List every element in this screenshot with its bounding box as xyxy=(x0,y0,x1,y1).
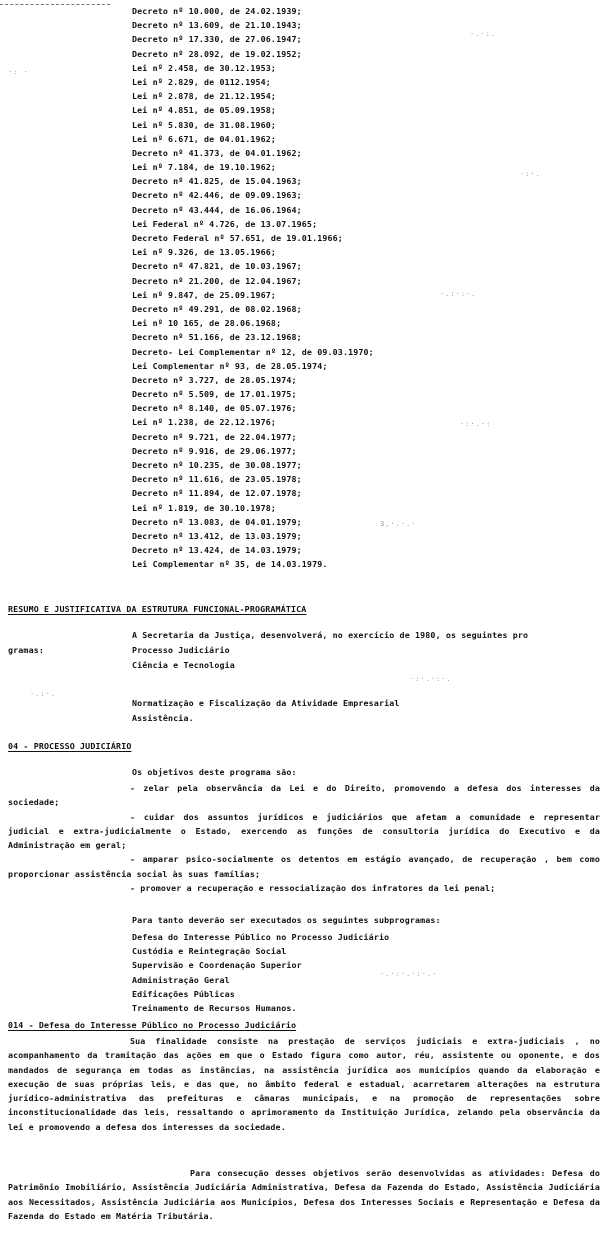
scan-noise: ·:·.·: xyxy=(460,420,491,428)
legislation-list: Decreto nº 10.000, de 24.02.1939;Decreto… xyxy=(132,4,374,572)
objective-item: - zelar pela observância da Lei e do Dir… xyxy=(8,781,600,810)
scan-noise: ·.·:. xyxy=(470,30,496,38)
section-014-paragraph-2: Para consecução desses objetivos serão d… xyxy=(8,1166,600,1223)
legislation-item: Lei nº 1.819, de 30.10.1978; xyxy=(132,501,374,515)
legislation-item: Decreto- Lei Complementar nº 12, de 09.0… xyxy=(132,345,374,359)
legislation-item: Lei nº 2.829, de 0112.1954; xyxy=(132,75,374,89)
legislation-item: Decreto nº 13.412, de 13.03.1979; xyxy=(132,529,374,543)
legislation-item: Lei nº 9.847, de 25.09.1967; xyxy=(132,288,374,302)
section-014-paragraph-1: Sua finalidade consiste na prestação de … xyxy=(8,1034,600,1134)
program-item: Ciência e Tecnologia xyxy=(132,660,235,670)
objective-item: - amparar psico-socialmente os detentos … xyxy=(8,852,600,881)
legislation-item: Decreto nº 11.616, de 23.05.1978; xyxy=(132,472,374,486)
program-item: Assistência. xyxy=(132,713,194,723)
legislation-item: Lei nº 2.878, de 21.12.1954; xyxy=(132,89,374,103)
legislation-item: Lei Federal nº 4.726, de 13.07.1965; xyxy=(132,217,374,231)
program-item: Processo Judiciário xyxy=(132,645,230,655)
legislation-item: Decreto nº 41.825, de 15.04.1963; xyxy=(132,174,374,188)
objectives-list: - zelar pela observância da Lei e do Dir… xyxy=(8,781,600,895)
legislation-item: Lei Complementar nº 35, de 14.03.1979. xyxy=(132,557,374,571)
legislation-item: Lei nº 2.458, de 30.12.1953; xyxy=(132,61,374,75)
legislation-item: Decreto nº 10.000, de 24.02.1939; xyxy=(132,4,374,18)
legislation-item: Decreto nº 51.166, de 23.12.1968; xyxy=(132,330,374,344)
legislation-item: Lei Complementar nº 93, de 28.05.1974; xyxy=(132,359,374,373)
legislation-item: Decreto nº 43.444, de 16.06.1964; xyxy=(132,203,374,217)
subprograms-intro: Para tanto deverão ser executados os seg… xyxy=(132,915,441,925)
legislation-item: Lei nº 10 165, de 28.06.1968; xyxy=(132,316,374,330)
resumo-intro-continuation: gramas: xyxy=(8,645,44,655)
scan-noise: ·.:·. xyxy=(30,690,56,698)
legislation-item: Decreto nº 13.083, de 04.01.1979; xyxy=(132,515,374,529)
legislation-item: Decreto nº 13.424, de 14.03.1979; xyxy=(132,543,374,557)
scan-noise: ·:·.·:·. xyxy=(410,675,452,683)
legislation-item: Lei nº 4.851, de 05.09.1958; xyxy=(132,103,374,117)
legislation-item: Lei nº 6.671, de 04.01.1962; xyxy=(132,132,374,146)
legislation-item: Decreto nº 9.916, de 29.06.1977; xyxy=(132,444,374,458)
legislation-item: Decreto nº 9.721, de 22.04.1977; xyxy=(132,430,374,444)
scan-noise: ·.·:·.·:·.· xyxy=(380,970,437,978)
legislation-item: Lei nº 7.184, de 19.10.1962; xyxy=(132,160,374,174)
legislation-item: Decreto nº 13.609, de 21.10.1943; xyxy=(132,18,374,32)
section-04-heading: 04 - PROCESSO JUDICIÁRIO xyxy=(8,741,131,751)
program-item: Normatização e Fiscalização da Atividade… xyxy=(132,698,400,708)
document-page: Decreto nº 10.000, de 24.02.1939;Decreto… xyxy=(0,0,606,1236)
subprogram-item: Defesa do Interesse Público no Processo … xyxy=(132,930,389,944)
subprogram-item: Supervisão e Coordenação Superior xyxy=(132,958,389,972)
legislation-item: Decreto nº 10.235, de 30.08.1977; xyxy=(132,458,374,472)
legislation-item: Decreto nº 17.330, de 27.06.1947; xyxy=(132,32,374,46)
subprogram-item: Administração Geral xyxy=(132,973,389,987)
legislation-item: Decreto nº 49.291, de 08.02.1968; xyxy=(132,302,374,316)
objective-item: - cuidar dos assuntos jurídicos e judici… xyxy=(8,810,600,853)
legislation-item: Lei nº 5.830, de 31.08.1960; xyxy=(132,118,374,132)
legislation-item: Decreto nº 42.446, de 09.09.1963; xyxy=(132,188,374,202)
objective-item: - promover a recuperação e ressocializaç… xyxy=(8,881,600,895)
resumo-intro-line: A Secretaria da Justiça, desenvolverá, n… xyxy=(132,630,528,640)
legislation-item: Lei nº 1.238, de 22.12.1976; xyxy=(132,415,374,429)
subprogram-item: Edificações Públicas xyxy=(132,987,389,1001)
legislation-item: Decreto nº 21.200, de 12.04.1967; xyxy=(132,274,374,288)
resumo-heading: RESUMO E JUSTIFICATIVA DA ESTRUTURA FUNC… xyxy=(8,604,306,614)
legislation-item: Decreto nº 11.894, de 12.07.1978; xyxy=(132,486,374,500)
legislation-item: Decreto nº 28.092, de 19.02.1952; xyxy=(132,47,374,61)
subprogram-item: Custódia e Reintegração Social xyxy=(132,944,389,958)
legislation-item: Decreto Federal nº 57.651, de 19.01.1966… xyxy=(132,231,374,245)
subprogram-item: Treinamento de Recursos Humanos. xyxy=(132,1001,389,1015)
legislation-item: Decreto nº 5.509, de 17.01.1975; xyxy=(132,387,374,401)
scan-noise: ·.:·:·. xyxy=(440,290,477,298)
scan-noise: 3,·.·.· xyxy=(380,520,417,528)
legislation-item: Decreto nº 41.373, de 04.01.1962; xyxy=(132,146,374,160)
legislation-item: Decreto nº 47.821, de 10.03.1967; xyxy=(132,259,374,273)
scan-noise: ·: · xyxy=(8,68,29,76)
legislation-item: Decreto nº 8.140, de 05.07.1976; xyxy=(132,401,374,415)
objectives-intro: Os objetivos deste programa são: xyxy=(132,767,297,777)
legislation-item: Lei nº 9.326, de 13.05.1966; xyxy=(132,245,374,259)
section-014-heading: 014 - Defesa do Interesse Público no Pro… xyxy=(8,1020,296,1030)
subprograms-list: Defesa do Interesse Público no Processo … xyxy=(132,930,389,1015)
top-edge-mark xyxy=(0,4,110,6)
scan-noise: ·:·. xyxy=(520,170,541,178)
legislation-item: Decreto nº 3.727, de 28.05.1974; xyxy=(132,373,374,387)
